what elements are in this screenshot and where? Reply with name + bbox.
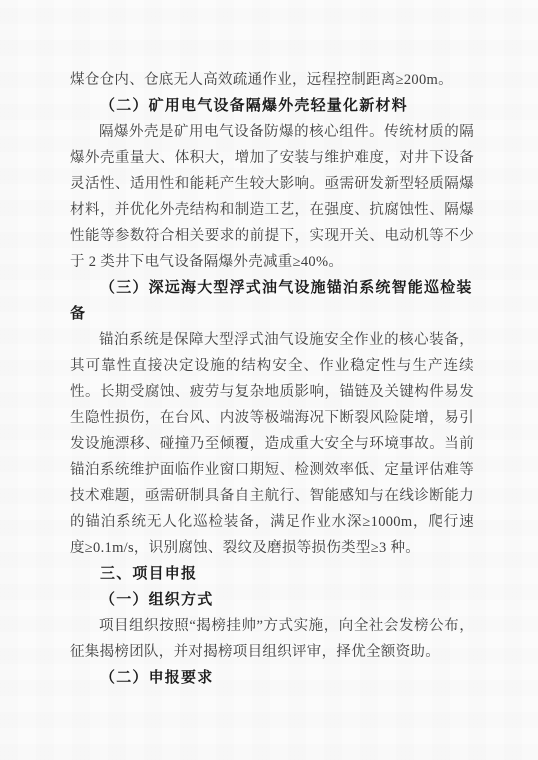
document-page: 煤仓仓内、仓底无人高效疏通作业，远程控制距离≥200m。 （二）矿用电气设备隔爆… <box>0 0 538 760</box>
paragraph-mooring-system: 锚泊系统是保障大型浮式油气设施安全作业的核心装备，其可靠性直接决定设施的结构安全… <box>70 327 474 561</box>
heading-application-requirements: （二）申报要求 <box>70 665 474 691</box>
scanned-document-background: { "document": { "language": "zh-CN", "ki… <box>0 0 538 760</box>
document-text-column: 煤仓仓内、仓底无人高效疏通作业，远程控制距离≥200m。 （二）矿用电气设备隔爆… <box>70 67 474 691</box>
paragraph-continuation-coal-bunker: 煤仓仓内、仓底无人高效疏通作业，远程控制距离≥200m。 <box>70 67 474 93</box>
heading-organization-method: （一）组织方式 <box>70 587 474 613</box>
heading-section-2-flameproof-material: （二）矿用电气设备隔爆外壳轻量化新材料 <box>70 93 474 119</box>
heading-part-3-project-application: 三、项目申报 <box>70 561 474 587</box>
heading-section-3-mooring-inspection-equipment: （三）深远海大型浮式油气设施锚泊系统智能巡检装备 <box>70 275 474 327</box>
paragraph-organization-method: 项目组织按照“揭榜挂帅”方式实施，向全社会发榜公布，征集揭榜团队，并对揭榜项目组… <box>70 613 474 665</box>
paragraph-flameproof-enclosure: 隔爆外壳是矿用电气设备防爆的核心组件。传统材质的隔爆外壳重量大、体积大，增加了安… <box>70 119 474 275</box>
